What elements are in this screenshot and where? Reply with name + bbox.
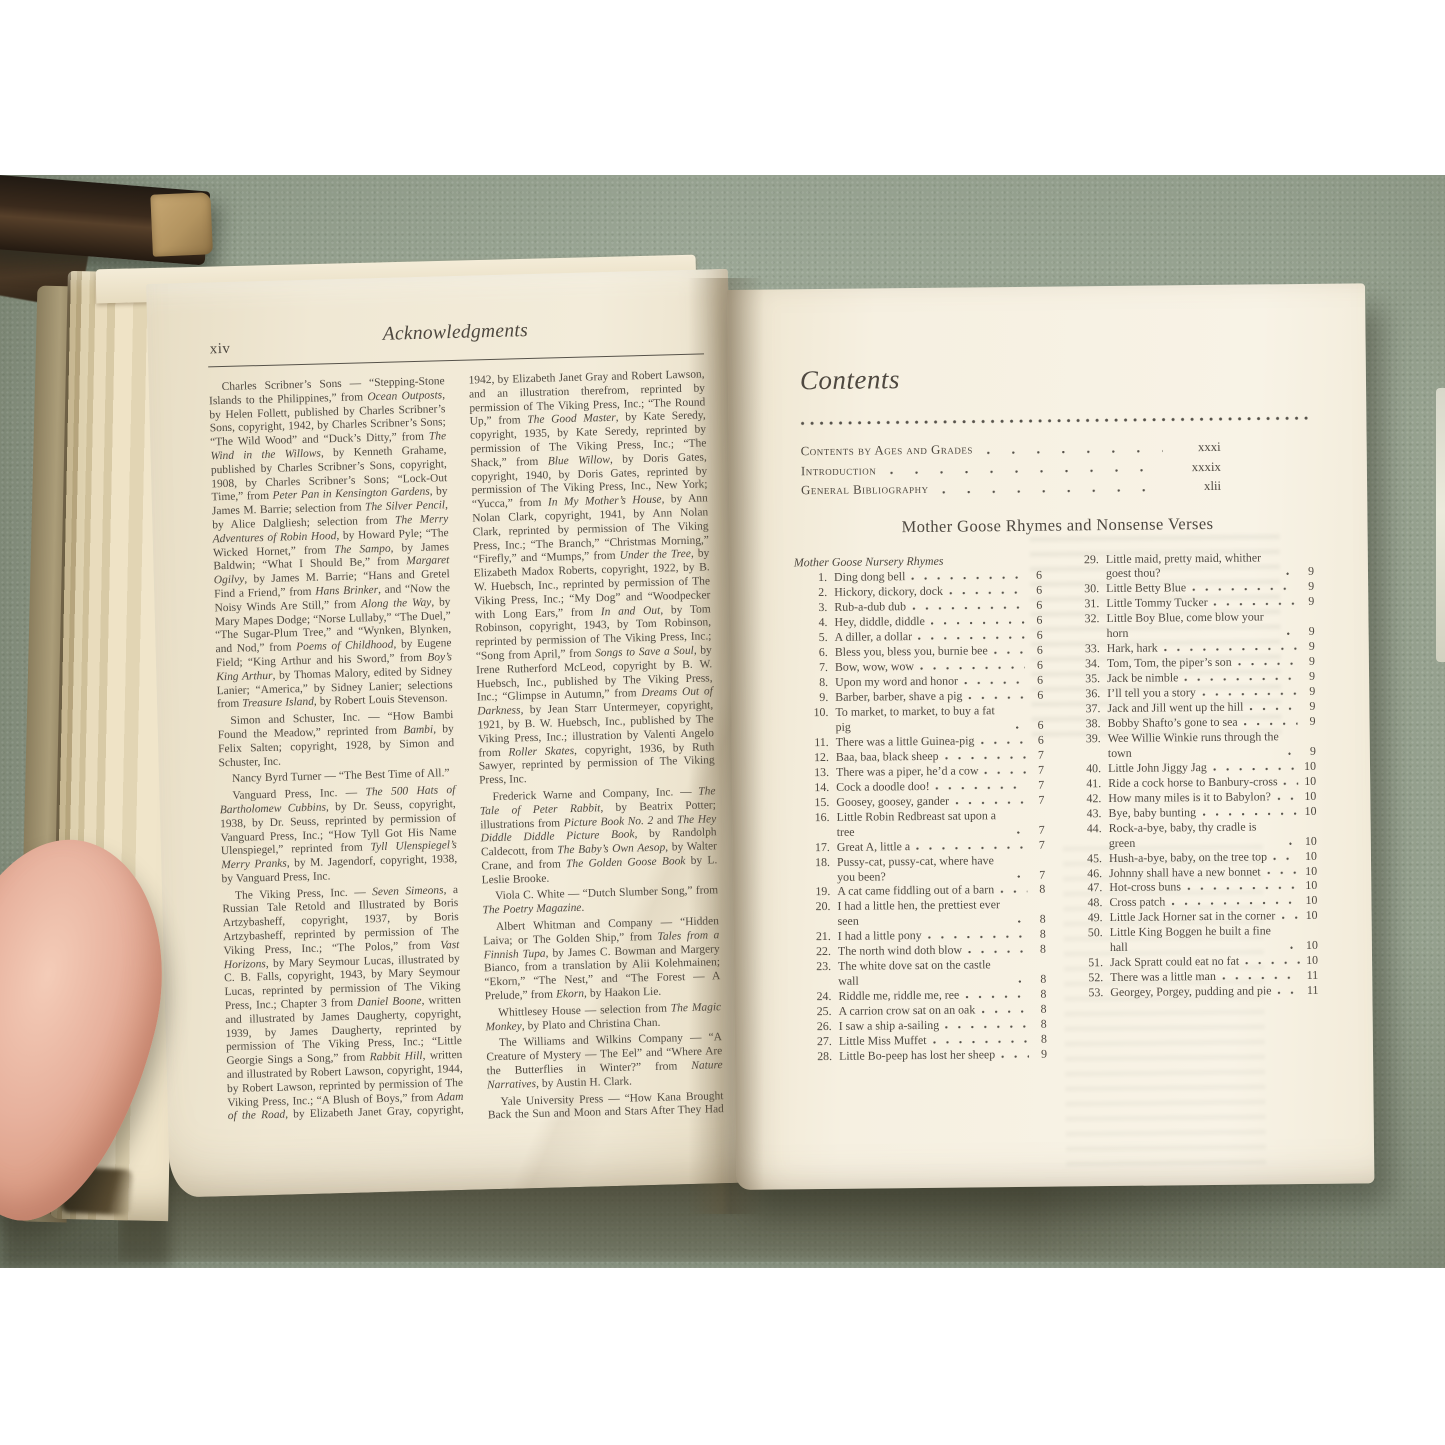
entry-number: 53. bbox=[1078, 985, 1110, 1000]
entry-title: Little King Boggen he built a fine hall bbox=[1110, 924, 1284, 956]
toc-entry: 20.I had a little hen, the prettiest eve… bbox=[805, 897, 1045, 929]
entry-page-number: 6 bbox=[1027, 583, 1042, 598]
white-band-top bbox=[0, 0, 1445, 175]
toc-entry: 18.Pussy-cat, pussy-cat, where have you … bbox=[805, 852, 1045, 884]
entry-number: 26. bbox=[807, 1019, 839, 1034]
entry-title: There was a little Guinea-pig bbox=[836, 733, 975, 749]
entry-number: 37. bbox=[1075, 701, 1107, 716]
entry-title: To market, to market, to buy a fat pig bbox=[835, 703, 1009, 735]
front-matter-label: General Bibliography bbox=[801, 480, 929, 501]
entry-number: 25. bbox=[806, 1004, 838, 1019]
entry-page-number: 9 bbox=[1300, 714, 1315, 729]
entry-page-number: 10 bbox=[1301, 774, 1316, 789]
toc-entry: 23.The white dove sat on the castle wall… bbox=[806, 957, 1046, 989]
entry-title: There was a piper, he’d a cow bbox=[836, 763, 979, 779]
entry-number: 1. bbox=[802, 570, 834, 585]
entry-number: 52. bbox=[1078, 970, 1110, 985]
leader-dots bbox=[1238, 662, 1297, 667]
entry-page-number: 10 bbox=[1301, 804, 1316, 819]
entry-number: 50. bbox=[1078, 925, 1110, 940]
entry-number: 35. bbox=[1075, 671, 1107, 686]
leader-dots bbox=[890, 469, 1163, 476]
entry-number: 24. bbox=[806, 989, 838, 1004]
entry-page-number: 10 bbox=[1302, 833, 1317, 848]
dark-book-worn-corner bbox=[150, 192, 213, 257]
entry-number: 40. bbox=[1076, 761, 1108, 776]
entry-page-number: 7 bbox=[1030, 822, 1045, 837]
leader-dots bbox=[1202, 812, 1299, 817]
entry-number: 32. bbox=[1074, 611, 1106, 626]
leader-dots bbox=[949, 591, 1024, 596]
entry-number: 14. bbox=[804, 780, 836, 795]
section-heading: Mother Goose Rhymes and Nonsense Verses bbox=[801, 512, 1313, 537]
white-band-bottom bbox=[0, 1268, 1445, 1445]
entry-title: Johnny shall have a new bonnet bbox=[1109, 864, 1261, 881]
entry-page-number: 8 bbox=[1032, 1032, 1047, 1047]
entry-page-number: 9 bbox=[1300, 624, 1315, 639]
leader-dots bbox=[1273, 857, 1299, 861]
leader-dots bbox=[911, 576, 1024, 581]
entry-number: 36. bbox=[1075, 686, 1107, 701]
toc-entry: 10.To market, to market, to buy a fat pi… bbox=[803, 703, 1043, 735]
leader-dots bbox=[985, 771, 1027, 775]
page-number-folio: xiv bbox=[210, 341, 231, 359]
entry-page-number: 9 bbox=[1300, 699, 1315, 714]
leader-dots bbox=[1016, 726, 1026, 730]
entry-title: Rub-a-dub dub bbox=[834, 600, 906, 616]
entry-number: 44. bbox=[1077, 821, 1109, 836]
entry-title: I’ll tell you a story bbox=[1107, 685, 1196, 701]
entry-title: Pussy-cat, pussy-cat, where have you bee… bbox=[837, 853, 1011, 885]
entry-title: Little Betty Blue bbox=[1106, 581, 1186, 597]
entry-page-number: 6 bbox=[1028, 658, 1043, 673]
entry-title: Little Bo-peep has lost her sheep bbox=[839, 1047, 995, 1064]
entry-title: Upon my word and honor bbox=[835, 674, 958, 690]
toc-entry: 29.Little maid, pretty maid, whither goe… bbox=[1074, 549, 1314, 581]
entry-title: Georgey, Porgey, pudding and pie bbox=[1110, 983, 1271, 1000]
entry-page-number: 6 bbox=[1027, 613, 1042, 628]
entry-page-number: 9 bbox=[1299, 594, 1314, 609]
front-matter-label: Contents by Ages and Grades bbox=[801, 440, 973, 461]
leader-dots bbox=[945, 756, 1026, 761]
leader-dots bbox=[945, 1025, 1029, 1030]
entry-title: Riddle me, riddle me, ree bbox=[838, 988, 959, 1004]
entry-page-number: 8 bbox=[1031, 942, 1046, 957]
entry-number: 48. bbox=[1077, 895, 1109, 910]
entry-title: I saw a ship a-sailing bbox=[839, 1018, 940, 1034]
leader-dots bbox=[1281, 916, 1299, 920]
contents-text-block: Contents Contents by Ages and Gradesxxxi… bbox=[800, 360, 1319, 1064]
leader-dots bbox=[1017, 875, 1027, 879]
entry-title: Tom, Tom, the piper’s son bbox=[1107, 655, 1232, 671]
leader-dots bbox=[1278, 991, 1301, 995]
entry-page-number: 6 bbox=[1028, 688, 1043, 703]
entry-title: Little Jack Horner sat in the corner bbox=[1110, 909, 1276, 926]
entry-page-number: 6 bbox=[1029, 733, 1044, 748]
entry-page-number: 9 bbox=[1300, 669, 1315, 684]
front-matter-page-number: xlii bbox=[1175, 477, 1221, 497]
toc-entry: 28.Little Bo-peep has lost her sheep9 bbox=[807, 1047, 1047, 1064]
entry-title: Hickory, dickory, dock bbox=[834, 584, 943, 600]
leader-dots bbox=[1202, 692, 1298, 697]
leader-dots bbox=[1245, 961, 1300, 966]
entry-title: The north wind doth blow bbox=[838, 943, 962, 959]
leader-dots bbox=[918, 636, 1025, 641]
entry-title: Bobby Shafto’s gone to sea bbox=[1107, 715, 1237, 731]
entry-page-number: 10 bbox=[1302, 878, 1317, 893]
entry-title: Jack and Jill went up the hill bbox=[1107, 700, 1243, 716]
leader-dots bbox=[1184, 677, 1297, 682]
entry-number: 30. bbox=[1074, 581, 1106, 596]
entry-page-number: 8 bbox=[1031, 912, 1046, 927]
leader-dots bbox=[987, 449, 1163, 455]
leader-dots bbox=[1286, 572, 1296, 576]
entry-page-number: 7 bbox=[1030, 867, 1045, 882]
entry-title: Barber, barber, shave a pig bbox=[835, 689, 962, 705]
acknowledgment-paragraph: Vanguard Press, Inc. — The 500 Hats of B… bbox=[219, 784, 457, 887]
toc-entry: 50.Little King Boggen he built a fine ha… bbox=[1078, 923, 1318, 955]
entry-number: 8. bbox=[803, 675, 835, 690]
entry-title: Ride a cock horse to Banbury-cross bbox=[1108, 774, 1278, 791]
entry-number: 16. bbox=[804, 810, 836, 825]
leader-dots bbox=[965, 995, 1028, 1000]
entry-number: 17. bbox=[805, 839, 837, 854]
column-heading: Mother Goose Nursery Rhymes bbox=[794, 552, 1042, 570]
entry-number: 49. bbox=[1078, 910, 1110, 925]
leader-dots bbox=[1249, 707, 1297, 712]
entry-page-number: 10 bbox=[1302, 893, 1317, 908]
entry-number: 29. bbox=[1074, 552, 1106, 567]
entry-title: Bow, wow, wow bbox=[835, 659, 914, 675]
entry-number: 45. bbox=[1077, 851, 1109, 866]
entry-title: Great A, little a bbox=[837, 839, 910, 855]
entry-number: 9. bbox=[803, 690, 835, 705]
entry-title: Little maid, pretty maid, whither goest … bbox=[1106, 550, 1280, 582]
leader-dots bbox=[1267, 872, 1299, 876]
entry-page-number: 9 bbox=[1032, 1047, 1047, 1062]
toc-entry: 39.Wee Willie Winkie runs through the to… bbox=[1076, 729, 1316, 761]
toc-entry: 32.Little Boy Blue, come blow your horn9 bbox=[1074, 609, 1314, 641]
entry-number: 3. bbox=[802, 600, 834, 615]
contents-columns: Mother Goose Nursery Rhymes 1.Ding dong … bbox=[802, 549, 1319, 1064]
entry-title: Hey, diddle, diddle bbox=[834, 614, 925, 630]
entry-title: Jack be nimble bbox=[1107, 670, 1178, 686]
leader-dots bbox=[1192, 587, 1296, 592]
entry-number: 47. bbox=[1077, 880, 1109, 895]
leader-dots bbox=[968, 696, 1025, 701]
entry-page-number: 9 bbox=[1299, 579, 1314, 594]
entry-title: A carrion crow sat on an oak bbox=[838, 1003, 975, 1019]
leader-dots bbox=[931, 621, 1025, 626]
acknowledgment-paragraph: Charles Scribner’s Sons — “Stepping-Ston… bbox=[209, 375, 454, 712]
entry-title: Ding dong bell bbox=[834, 570, 905, 586]
entry-number: 46. bbox=[1077, 866, 1109, 881]
leader-dots bbox=[1244, 722, 1298, 727]
entry-number: 27. bbox=[807, 1034, 839, 1049]
entry-title: I had a little hen, the prettiest ever s… bbox=[837, 897, 1011, 929]
entry-page-number: 11 bbox=[1303, 983, 1318, 998]
leader-dots bbox=[1277, 797, 1299, 801]
leader-dots bbox=[980, 741, 1025, 745]
toc-entry: 44.Rock-a-bye, baby, thy cradle is green… bbox=[1077, 819, 1317, 851]
entry-title: How many miles is it to Babylon? bbox=[1108, 789, 1271, 806]
entry-page-number: 9 bbox=[1301, 744, 1316, 759]
entry-title: The white dove sat on the castle wall bbox=[838, 957, 1012, 989]
leader-dots bbox=[955, 801, 1026, 806]
entry-title: Goosey, goosey, gander bbox=[836, 793, 949, 809]
front-matter-list: Contents by Ages and GradesxxxiIntroduct… bbox=[801, 437, 1314, 501]
entry-page-number: 7 bbox=[1030, 837, 1045, 852]
front-matter-page-number: xxxi bbox=[1175, 438, 1221, 458]
entry-page-number: 8 bbox=[1031, 927, 1046, 942]
entry-number: 5. bbox=[803, 630, 835, 645]
leader-dots bbox=[1000, 890, 1027, 894]
entry-page-number: 8 bbox=[1032, 1017, 1047, 1032]
leader-dots bbox=[1171, 901, 1299, 906]
leader-dots bbox=[1018, 920, 1028, 924]
entry-page-number: 7 bbox=[1029, 778, 1044, 793]
leader-dots bbox=[1289, 842, 1299, 846]
entry-page-number: 10 bbox=[1303, 938, 1318, 953]
entry-number: 33. bbox=[1075, 641, 1107, 656]
entry-title: Cock a doodle doo! bbox=[836, 779, 930, 795]
leader-dots bbox=[1222, 976, 1300, 981]
entry-number: 4. bbox=[802, 615, 834, 630]
entry-title: Little Robin Redbreast sat upon a tree bbox=[836, 808, 1010, 840]
entry-title: Little Boy Blue, come blow your horn bbox=[1106, 610, 1280, 642]
entry-title: Hush-a-bye, baby, on the tree top bbox=[1109, 849, 1267, 866]
entry-page-number: 7 bbox=[1029, 748, 1044, 763]
leader-dots bbox=[994, 651, 1025, 655]
entry-number: 39. bbox=[1076, 731, 1108, 746]
entry-number: 11. bbox=[804, 735, 836, 750]
entry-number: 43. bbox=[1076, 806, 1108, 821]
leader-dots bbox=[964, 681, 1025, 686]
leader-dots bbox=[1187, 886, 1299, 891]
entry-number: 13. bbox=[804, 765, 836, 780]
leader-dots bbox=[916, 845, 1027, 850]
entry-number: 21. bbox=[806, 929, 838, 944]
entry-number: 19. bbox=[805, 884, 837, 899]
entry-page-number: 9 bbox=[1300, 654, 1315, 669]
entry-number: 2. bbox=[802, 585, 834, 600]
entry-number: 20. bbox=[805, 899, 837, 914]
leader-dots bbox=[1164, 647, 1297, 652]
leader-dots bbox=[928, 935, 1028, 940]
entry-page-number: 8 bbox=[1031, 1002, 1046, 1017]
entry-page-number: 7 bbox=[1029, 763, 1044, 778]
entry-number: 15. bbox=[804, 795, 836, 810]
entry-number: 38. bbox=[1075, 716, 1107, 731]
entry-number: 12. bbox=[804, 750, 836, 765]
acknowledgment-paragraph: Frederick Warne and Company, Inc. — The … bbox=[479, 785, 717, 888]
entry-page-number: 11 bbox=[1303, 968, 1318, 983]
leader-dots bbox=[920, 666, 1025, 671]
leader-dots bbox=[933, 1040, 1029, 1045]
running-head: Acknowledgments bbox=[207, 315, 703, 350]
entry-number: 6. bbox=[803, 645, 835, 660]
front-matter-page-number: xxxix bbox=[1175, 457, 1221, 477]
acknowledgments-two-column-text: Charles Scribner’s Sons — “Stepping-Ston… bbox=[209, 368, 725, 1133]
entry-page-number: 8 bbox=[1030, 882, 1045, 897]
entry-number: 28. bbox=[807, 1049, 839, 1064]
dotted-rule bbox=[800, 416, 1312, 426]
entry-title: Little Tommy Tucker bbox=[1106, 595, 1207, 611]
entry-number: 18. bbox=[805, 854, 837, 869]
leader-dots bbox=[1017, 831, 1027, 835]
entry-page-number: 6 bbox=[1028, 718, 1043, 733]
entry-page-number: 6 bbox=[1027, 568, 1042, 583]
contents-title: Contents bbox=[800, 360, 1312, 396]
entry-page-number: 9 bbox=[1300, 684, 1315, 699]
entry-number: 51. bbox=[1078, 955, 1110, 970]
entry-title: Little John Jiggy Jag bbox=[1108, 760, 1207, 776]
entry-title: There was a little man bbox=[1110, 969, 1216, 985]
entry-page-number: 10 bbox=[1302, 863, 1317, 878]
acknowledgment-paragraph: Simon and Schuster, Inc. — “How Bambi Fo… bbox=[217, 709, 454, 770]
entry-title: A diller, a dollar bbox=[835, 629, 913, 645]
front-matter-label: Introduction bbox=[801, 461, 876, 481]
entry-title: Wee Willie Winkie runs through the town bbox=[1108, 729, 1282, 761]
left-page-text-block: xiv Acknowledgments Charles Scribner’s S… bbox=[207, 315, 724, 1133]
entry-title: Hot-cross buns bbox=[1109, 880, 1181, 896]
entry-page-number: 7 bbox=[1029, 792, 1044, 807]
left-page-acknowledgments: xiv Acknowledgments Charles Scribner’s S… bbox=[146, 269, 752, 1198]
toc-entry: 53.Georgey, Porgey, pudding and pie11 bbox=[1078, 983, 1318, 1000]
entry-page-number: 6 bbox=[1028, 628, 1043, 643]
entry-page-number: 10 bbox=[1303, 908, 1318, 923]
entry-page-number: 8 bbox=[1031, 987, 1046, 1002]
leader-dots bbox=[943, 488, 1164, 494]
front-matter-row: General Bibliographyxlii bbox=[801, 477, 1221, 501]
acknowledgment-paragraph: Albert Whitman and Company — “Hidden Lai… bbox=[483, 915, 721, 1004]
entry-title: Hark, hark bbox=[1107, 641, 1158, 656]
entry-page-number: 6 bbox=[1028, 643, 1043, 658]
leader-dots bbox=[981, 1010, 1028, 1014]
page-sliver-right-edge bbox=[1436, 388, 1445, 662]
entry-number: 42. bbox=[1076, 791, 1108, 806]
leader-dots bbox=[1213, 767, 1298, 772]
entry-number: 34. bbox=[1075, 656, 1107, 671]
gutter-shadow bbox=[688, 278, 764, 1214]
leader-dots bbox=[968, 950, 1028, 955]
entry-page-number: 9 bbox=[1300, 639, 1315, 654]
entry-title: Rock-a-bye, baby, thy cradle is green bbox=[1109, 819, 1283, 851]
entry-page-number: 8 bbox=[1031, 972, 1046, 987]
leader-dots bbox=[1290, 946, 1300, 950]
leader-dots bbox=[1284, 782, 1299, 786]
entry-number: 23. bbox=[806, 959, 838, 974]
entry-page-number: 9 bbox=[1299, 564, 1314, 579]
entry-page-number: 10 bbox=[1302, 848, 1317, 863]
entry-page-number: 10 bbox=[1301, 789, 1316, 804]
entry-title: Cross patch bbox=[1109, 895, 1165, 911]
entry-number: 31. bbox=[1074, 596, 1106, 611]
leader-dots bbox=[912, 606, 1024, 611]
photo-of-open-book: xiv Acknowledgments Charles Scribner’s S… bbox=[0, 0, 1445, 1445]
right-page-contents: Contents Contents by Ages and Gradesxxxi… bbox=[727, 283, 1374, 1190]
entry-page-number: 10 bbox=[1301, 759, 1316, 774]
contents-column-right: 29.Little maid, pretty maid, whither goe… bbox=[1074, 549, 1319, 1061]
entry-title: Bye, baby bunting bbox=[1108, 805, 1196, 821]
toc-entry: 16.Little Robin Redbreast sat upon a tre… bbox=[804, 807, 1044, 839]
leader-dots bbox=[1001, 1055, 1029, 1059]
entry-page-number: 10 bbox=[1303, 953, 1318, 968]
entry-number: 10. bbox=[803, 705, 835, 720]
entry-number: 7. bbox=[803, 660, 835, 675]
leader-dots bbox=[1018, 980, 1028, 984]
entry-page-number: 6 bbox=[1028, 673, 1043, 688]
entry-number: 41. bbox=[1076, 776, 1108, 791]
leader-dots bbox=[1288, 752, 1298, 756]
leader-dots bbox=[1287, 632, 1297, 636]
acknowledgment-paragraph: Viola C. White — “Dutch Slumber Song,” f… bbox=[482, 885, 719, 919]
entry-title: Baa, baa, black sheep bbox=[836, 749, 939, 765]
leader-dots bbox=[936, 786, 1027, 791]
entry-page-number: 6 bbox=[1027, 598, 1042, 613]
leader-dots bbox=[1214, 602, 1297, 607]
acknowledgment-paragraph: Whittlesey House — selection from The Ma… bbox=[485, 1001, 722, 1035]
entry-title: Jack Spratt could eat no fat bbox=[1110, 954, 1239, 970]
contents-column-left: Mother Goose Nursery Rhymes 1.Ding dong … bbox=[802, 552, 1047, 1064]
entry-title: A cat came fiddling out of a barn bbox=[837, 883, 994, 900]
entry-title: I had a little pony bbox=[838, 928, 922, 944]
entry-number: 22. bbox=[806, 944, 838, 959]
entry-title: Little Miss Muffet bbox=[839, 1033, 927, 1049]
entry-title: Bless you, bless you, burnie bee bbox=[835, 644, 988, 661]
